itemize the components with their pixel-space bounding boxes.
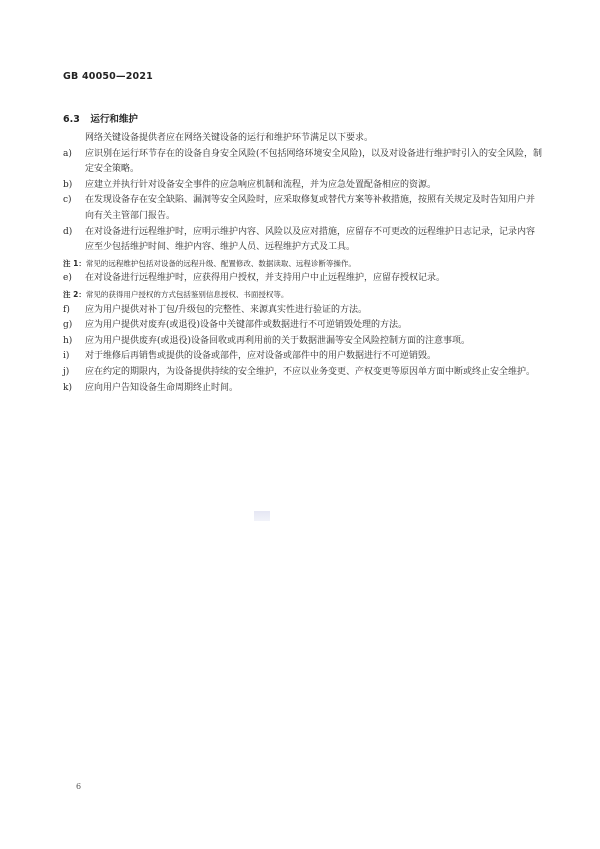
section-heading: 6.3 运行和维护 <box>63 111 138 125</box>
list-item-e: e)在对设备进行远程维护时，应获得用户授权，并支持用户中止远程维护，应留存授权记… <box>63 271 543 287</box>
list-item-c: c)在发现设备存在安全缺陷、漏洞等安全风险时，应采取修复或替代方案等补救措施，按… <box>63 193 543 224</box>
list-item-i: i)对于维修后再销售或提供的设备或部件，应对设备或部件中的用户数据进行不可逆销毁… <box>63 349 543 365</box>
list-item-h: h)应为用户提供废弃(或退役)设备回收或再利用前的关于数据泄漏等安全风险控制方面… <box>63 334 543 350</box>
note-2: 注 2：常见的获得用户授权的方式包括鉴别信息授权、书面授权等。 <box>63 287 543 303</box>
section-number: 6.3 <box>63 114 87 125</box>
list-item-f: f)应为用户提供对补丁包/升级包的完整性、来源真实性进行验证的方法。 <box>63 303 543 319</box>
watermark-stamp-icon <box>254 511 270 521</box>
list-item-d: d)在对设备进行远程维护时，应明示维护内容、风险以及应对措施，应留存不可更改的远… <box>63 225 543 256</box>
standard-code-header: GB 40050—2021 <box>63 71 153 82</box>
page-number: 6 <box>76 782 81 791</box>
list-item-k: k)应向用户告知设备生命周期终止时间。 <box>63 381 543 397</box>
section-body: 网络关键设备提供者应在网络关键设备的运行和维护环节满足以下要求。 a)应识别在运… <box>63 131 543 396</box>
section-title: 运行和维护 <box>90 114 138 125</box>
note-1: 注 1：常见的远程维护包括对设备的远程升级、配置修改、数据读取、远程诊断等操作。 <box>63 256 543 272</box>
list-item-b: b)应建立并执行针对设备安全事件的应急响应机制和流程，并为应急处置配备相应的资源… <box>63 178 543 194</box>
list-item-g: g)应为用户提供对废弃(或退役)设备中关键部件或数据进行不可逆销毁处理的方法。 <box>63 318 543 334</box>
intro-paragraph: 网络关键设备提供者应在网络关键设备的运行和维护环节满足以下要求。 <box>63 131 543 147</box>
list-item-a: a)应识别在运行环节存在的设备自身安全风险(不包括网络环境安全风险)，以及对设备… <box>63 147 543 178</box>
list-item-j: j)应在约定的期限内，为设备提供持续的安全维护，不应以业务变更、产权变更等原因单… <box>63 365 543 381</box>
